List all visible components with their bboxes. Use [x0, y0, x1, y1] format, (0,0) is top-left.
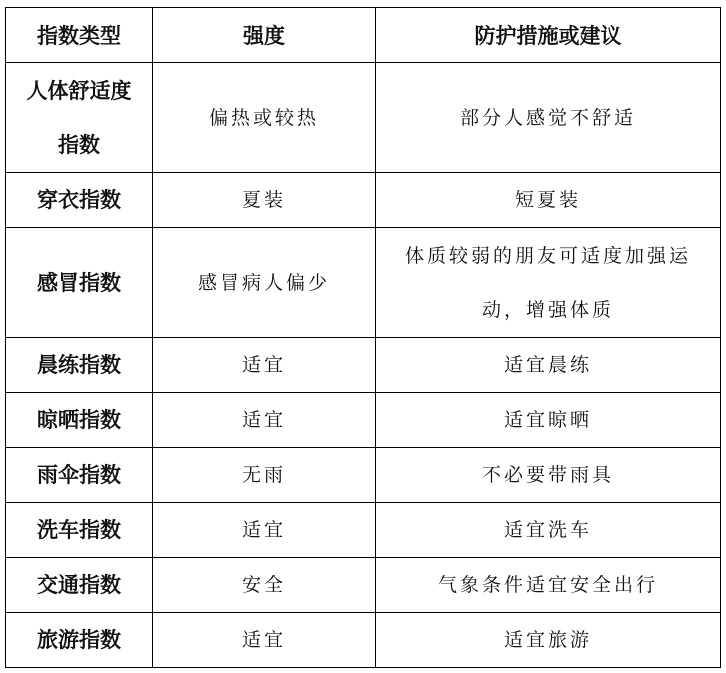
index-type-line: 人体舒适度	[6, 64, 152, 118]
advice-cell: 气象条件适宜安全出行	[376, 558, 721, 613]
intensity-cell: 夏装	[153, 173, 376, 228]
advice-cell: 体质较弱的朋友可适度加强运 动，增强体质	[376, 228, 721, 338]
advice-cell: 适宜晾晒	[376, 393, 721, 448]
advice-line: 体质较弱的朋友可适度加强运	[376, 229, 720, 283]
index-type-cell: 穿衣指数	[6, 173, 153, 228]
index-type-cell: 晾晒指数	[6, 393, 153, 448]
weather-index-table: 指数类型 强度 防护措施或建议 人体舒适度 指数 偏热或较热 部分人感觉不舒适 …	[5, 7, 721, 668]
table-row: 晨练指数 适宜 适宜晨练	[6, 338, 721, 393]
header-index-type: 指数类型	[6, 8, 153, 63]
advice-cell: 不必要带雨具	[376, 448, 721, 503]
table-row: 感冒指数 感冒病人偏少 体质较弱的朋友可适度加强运 动，增强体质	[6, 228, 721, 338]
header-row: 指数类型 强度 防护措施或建议	[6, 8, 721, 63]
header-advice: 防护措施或建议	[376, 8, 721, 63]
index-type-cell: 人体舒适度 指数	[6, 63, 153, 173]
table-row: 雨伞指数 无雨 不必要带雨具	[6, 448, 721, 503]
table-row: 穿衣指数 夏装 短夏装	[6, 173, 721, 228]
advice-line: 动，增强体质	[376, 283, 720, 337]
index-type-cell: 交通指数	[6, 558, 153, 613]
advice-cell: 部分人感觉不舒适	[376, 63, 721, 173]
intensity-cell: 适宜	[153, 338, 376, 393]
intensity-cell: 安全	[153, 558, 376, 613]
advice-cell: 适宜洗车	[376, 503, 721, 558]
index-type-cell: 感冒指数	[6, 228, 153, 338]
intensity-cell: 偏热或较热	[153, 63, 376, 173]
intensity-cell: 无雨	[153, 448, 376, 503]
intensity-cell: 适宜	[153, 393, 376, 448]
index-type-cell: 洗车指数	[6, 503, 153, 558]
advice-cell: 适宜晨练	[376, 338, 721, 393]
advice-cell: 短夏装	[376, 173, 721, 228]
table-row: 交通指数 安全 气象条件适宜安全出行	[6, 558, 721, 613]
intensity-cell: 适宜	[153, 613, 376, 668]
index-type-cell: 晨练指数	[6, 338, 153, 393]
table-row: 旅游指数 适宜 适宜旅游	[6, 613, 721, 668]
table-row: 人体舒适度 指数 偏热或较热 部分人感觉不舒适	[6, 63, 721, 173]
index-type-cell: 雨伞指数	[6, 448, 153, 503]
intensity-cell: 适宜	[153, 503, 376, 558]
intensity-cell: 感冒病人偏少	[153, 228, 376, 338]
table-row: 晾晒指数 适宜 适宜晾晒	[6, 393, 721, 448]
index-type-cell: 旅游指数	[6, 613, 153, 668]
index-type-line: 指数	[6, 118, 152, 172]
header-intensity: 强度	[153, 8, 376, 63]
table-row: 洗车指数 适宜 适宜洗车	[6, 503, 721, 558]
advice-cell: 适宜旅游	[376, 613, 721, 668]
